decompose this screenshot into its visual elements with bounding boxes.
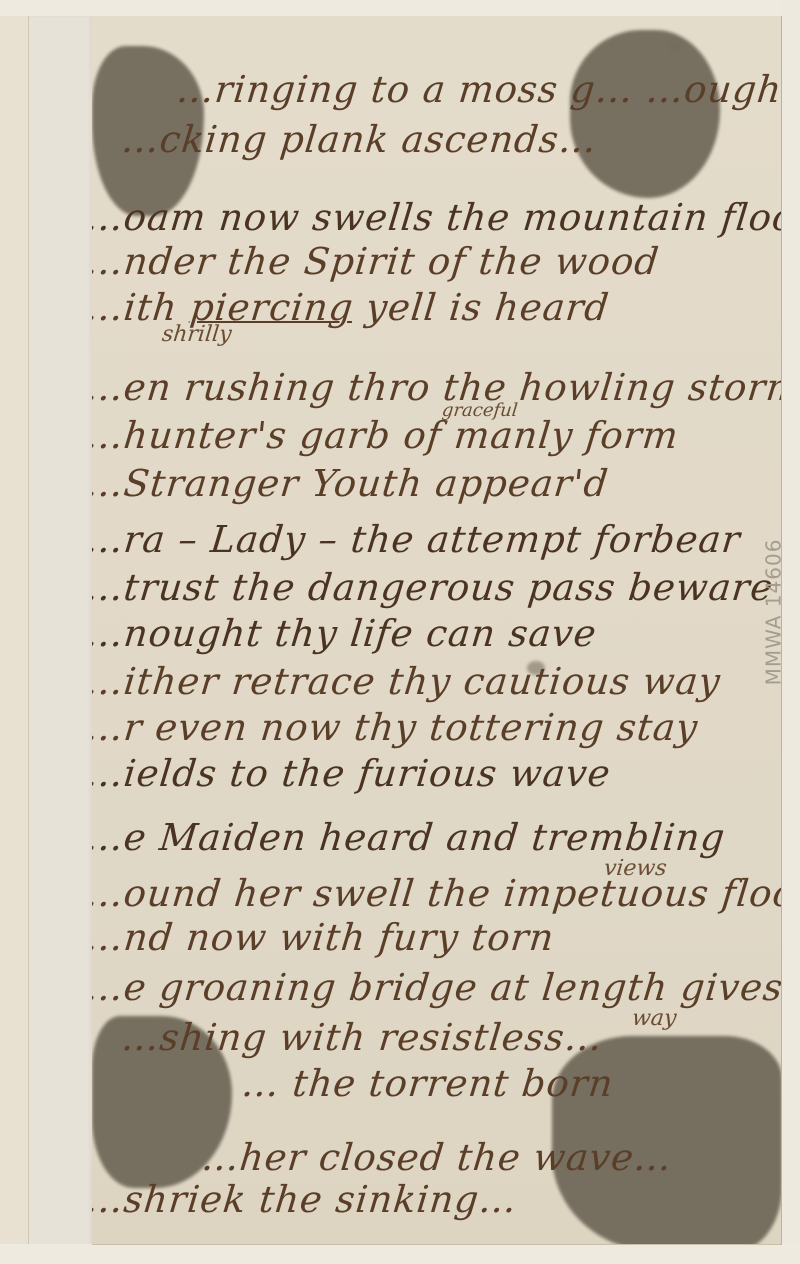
manuscript-line-22: …shriek the sinking… [92,1178,519,1221]
manuscript-line-7: …hunter's garb of manly form [92,414,681,457]
manuscript-line-3: …oam now swells the mountain flood [92,196,782,239]
manuscript-line-21: …her closed the wave… [200,1136,675,1179]
mount-board-left [0,16,29,1244]
interlinear-shrilly: shrilly [161,322,233,347]
manuscript-line-14: …ields to the furious wave [92,752,613,795]
manuscript-line-2: …cking plank ascends… [120,118,600,161]
mounting-hinge-strip [29,16,93,1248]
interlinear-way: way [631,1006,678,1031]
manuscript-line-19: …shing with resistless… [120,1016,605,1059]
manuscript-leaf: …ringing to a moss g… …ough …cking plank… [92,16,782,1245]
manuscript-line-15: …e Maiden heard and trembling [92,816,728,859]
manuscript-line-13: …r even now thy tottering stay [92,706,700,749]
manuscript-line-17: …nd now with fury torn [92,916,557,959]
manuscript-line-12: …ither retrace thy cautious way [92,660,723,703]
manuscript-line-20: … the torrent born [240,1062,616,1105]
pencil-catalog-number: MMWA 14606 [761,539,785,686]
mount-board-bottom [0,1244,800,1264]
manuscript-line-10: …trust the dangerous pass beware [92,566,776,609]
manuscript-scan: …ringing to a moss g… …ough …cking plank… [0,0,800,1264]
mount-board-top [0,0,800,17]
ink-blot-top-right [570,30,720,198]
manuscript-line-11: …nought thy life can save [92,612,599,655]
manuscript-line-1: …ringing to a moss g… …ough [175,68,782,111]
manuscript-line-8: …Stranger Youth appear'd [92,462,611,505]
manuscript-line-18: …e groaning bridge at length gives [92,966,782,1009]
manuscript-line-9: …ra – Lady – the attempt forbear [92,518,743,561]
manuscript-line-4: …nder the Spirit of the wood [92,240,661,283]
manuscript-line-16: …ound her swell the impetuous flood [92,872,782,915]
manuscript-line-6: …en rushing thro the howling storm [92,366,782,409]
